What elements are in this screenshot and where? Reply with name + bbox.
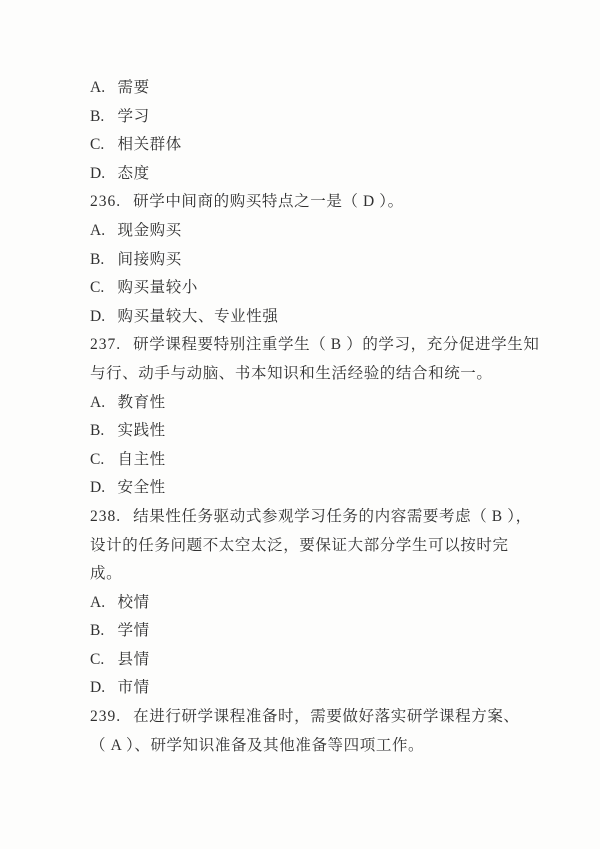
option-text: 间接购买 — [117, 251, 181, 268]
option-text: 需要 — [117, 79, 149, 96]
option-label: B. — [90, 103, 113, 132]
answer-option: B. 间接购买 — [90, 246, 540, 275]
option-text: 学习 — [117, 108, 149, 125]
option-label: B. — [90, 417, 113, 446]
option-label: B. — [90, 617, 113, 646]
question-text: （ A ）、研学知识准备及其他准备等四项工作。 — [90, 737, 424, 754]
question-text: 研学课程要特别注重学生（ B ）的学习，充分促进学生知 — [133, 336, 539, 353]
answer-option: A. 校情 — [90, 589, 540, 618]
option-text: 现金购买 — [117, 222, 181, 239]
option-label: D. — [90, 674, 113, 703]
option-text: 学情 — [117, 622, 149, 639]
question-text: 研学中间商的购买特点之一是（ D ）。 — [133, 193, 404, 210]
question-text: 在进行研学课程准备时，需要做好落实研学课程方案、 — [133, 708, 519, 725]
question-stem: 237.研学课程要特别注重学生（ B ）的学习，充分促进学生知 — [90, 331, 540, 360]
answer-option: B. 学情 — [90, 617, 540, 646]
option-label: D. — [90, 474, 113, 503]
question-stem: 236.研学中间商的购买特点之一是（ D ）。 — [90, 188, 540, 217]
answer-option: A. 现金购买 — [90, 217, 540, 246]
option-label: C. — [90, 446, 113, 475]
option-label: D. — [90, 160, 113, 189]
answer-option: C. 购买量较小 — [90, 274, 540, 303]
answer-option: A. 教育性 — [90, 389, 540, 418]
answer-option: B. 学习 — [90, 103, 540, 132]
answer-option: C. 自主性 — [90, 446, 540, 475]
question-text: 设计的任务问题不太空太泛，要保证大部分学生可以按时完 — [90, 537, 509, 554]
option-text: 安全性 — [117, 479, 165, 496]
answer-option: C. 相关群体 — [90, 131, 540, 160]
option-label: A. — [90, 389, 113, 418]
option-label: A. — [90, 74, 113, 103]
question-number: 239. — [90, 703, 121, 732]
question-text: 与行、动手与动脑、书本知识和生活经验的结合和统一。 — [90, 365, 493, 382]
option-text: 自主性 — [117, 451, 165, 468]
question-stem-continuation: 成。 — [90, 560, 540, 589]
answer-option: B. 实践性 — [90, 417, 540, 446]
answer-option: A. 需要 — [90, 74, 540, 103]
option-text: 购买量较小 — [117, 279, 198, 296]
question-stem-continuation: 设计的任务问题不太空太泛，要保证大部分学生可以按时完 — [90, 532, 540, 561]
option-text: 购买量较大、专业性强 — [117, 308, 278, 325]
question-number: 238. — [90, 503, 121, 532]
question-stem: 239.在进行研学课程准备时，需要做好落实研学课程方案、 — [90, 703, 540, 732]
question-stem-continuation: 与行、动手与动脑、书本知识和生活经验的结合和统一。 — [90, 360, 540, 389]
option-text: 相关群体 — [117, 136, 181, 153]
question-number: 236. — [90, 188, 121, 217]
option-label: A. — [90, 217, 113, 246]
question-list: A. 需要 B. 学习 C. 相关群体 D. 态度 236.研学中间商的购买特点… — [90, 74, 540, 760]
option-label: C. — [90, 646, 113, 675]
option-text: 校情 — [117, 594, 149, 611]
option-text: 态度 — [117, 165, 149, 182]
question-text: 成。 — [90, 565, 122, 582]
option-text: 县情 — [117, 651, 149, 668]
scanned-exam-page: A. 需要 B. 学习 C. 相关群体 D. 态度 236.研学中间商的购买特点… — [0, 0, 600, 849]
answer-option: D. 购买量较大、专业性强 — [90, 303, 540, 332]
answer-option: D. 市情 — [90, 674, 540, 703]
option-text: 实践性 — [117, 422, 165, 439]
option-label: C. — [90, 274, 113, 303]
option-label: A. — [90, 589, 113, 618]
answer-option: D. 安全性 — [90, 474, 540, 503]
question-stem-continuation: （ A ）、研学知识准备及其他准备等四项工作。 — [90, 732, 540, 761]
question-stem: 238.结果性任务驱动式参观学习任务的内容需要考虑（ B ）， — [90, 503, 540, 532]
option-label: C. — [90, 131, 113, 160]
option-text: 教育性 — [117, 394, 165, 411]
answer-option: C. 县情 — [90, 646, 540, 675]
option-label: B. — [90, 246, 113, 275]
option-text: 市情 — [117, 679, 149, 696]
option-label: D. — [90, 303, 113, 332]
answer-option: D. 态度 — [90, 160, 540, 189]
question-text: 结果性任务驱动式参观学习任务的内容需要考虑（ B ）， — [133, 508, 532, 525]
question-number: 237. — [90, 331, 121, 360]
